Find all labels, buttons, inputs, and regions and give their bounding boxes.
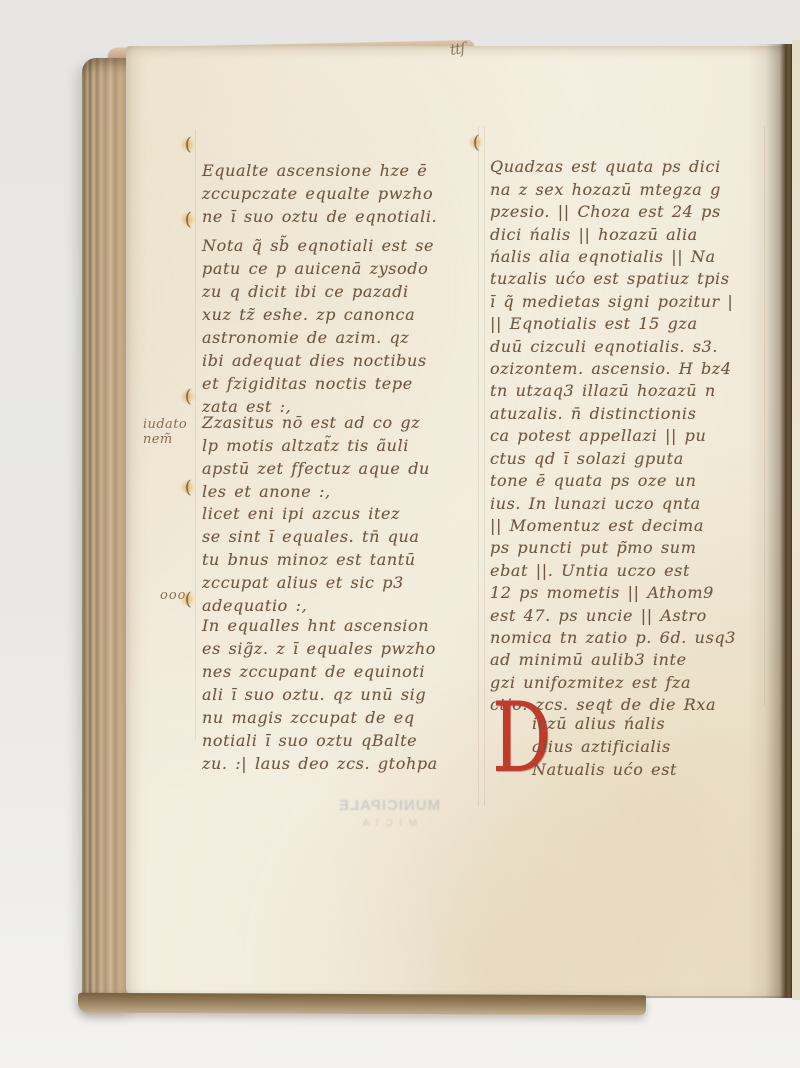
right-paragraph-1: (Quadzas est quata ps dici na z sex hoza…	[490, 134, 766, 717]
stamp-line-1: MUNICIPALE	[300, 797, 478, 814]
quire-mark: ttſ	[449, 39, 466, 59]
page-stack-fore-edge	[82, 58, 132, 1008]
paragraph-mark-icon: (	[180, 590, 197, 609]
cover-bottom-edge	[78, 993, 646, 1015]
manuscript-photo: ttſ iudato nem̃ ooo (Equalte ascensione …	[0, 0, 800, 1068]
left-paragraph-5: (In equalles hnt ascension es sig̃z. z ī…	[202, 591, 474, 775]
paragraph-mark-icon: (	[180, 210, 197, 229]
paragraph-mark-icon: (	[180, 135, 197, 154]
facing-page-sliver	[792, 40, 800, 1000]
ruling-line-center-b	[484, 126, 485, 806]
paragraph-text: In equalles hnt ascension es sig̃z. z ī …	[202, 616, 438, 773]
margin-note: iudato nem̃	[143, 417, 187, 447]
stamp-line-2: M I C I A	[300, 818, 478, 829]
ruling-line-center-a	[478, 126, 479, 806]
paragraph-mark-icon: (	[468, 133, 485, 152]
show-through-stamp: MUNICIPALE M I C I A	[300, 797, 478, 855]
paragraph-text: Quadzas est quata ps dici na z sex hozaz…	[490, 157, 736, 714]
chapter-opening-text: iczū alius ńalis alius aztificialis Natu…	[532, 712, 772, 781]
left-paragraph-2: (Nota q̃ sb̃ eqnotiali est se patu ce p …	[202, 211, 474, 418]
paragraph-mark-icon: (	[180, 478, 197, 497]
paragraph-mark-icon: (	[180, 387, 197, 406]
rubric-initial-D: D	[492, 688, 526, 792]
